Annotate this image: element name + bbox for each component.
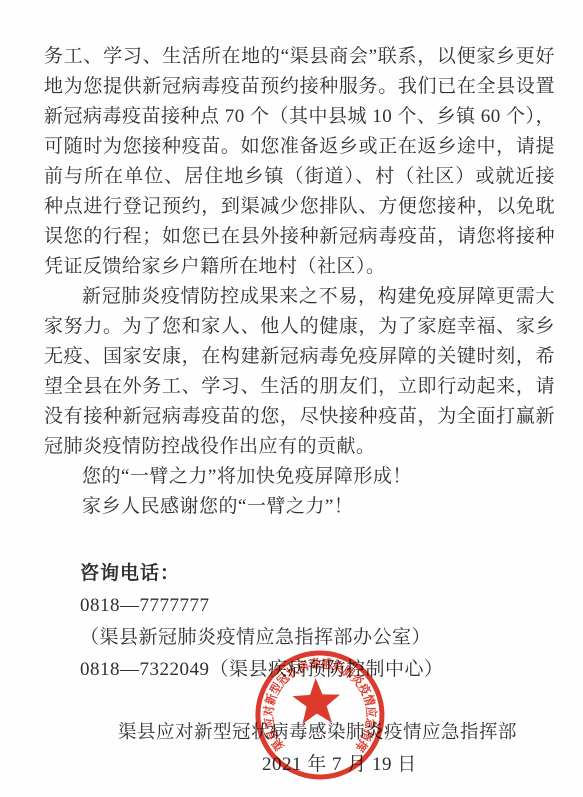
slogan-line-1: 您的“一臂之力”将加快免疫屏障形成！ [44,462,555,492]
document-page: 务工、学习、生活所在地的“渠县商会”联系，以便家乡更好地为您提供新冠病毒疫苗预约… [0,0,583,797]
phone-number-1: 0818—7777777 [80,595,210,616]
paragraph-appeal: 新冠肺炎疫情防控成果来之不易，构建免疫屏障更需大家努力。为了您和家人、他人的健康… [44,282,555,462]
contact-heading: 咨询电话： [80,558,555,590]
official-seal-stamp: 渠县应对新型冠状病毒感染肺炎疫情应急指挥部 [250,647,391,788]
phone-line-1: 0818—7777777（渠县新冠肺炎疫情应急指挥部办公室） [80,590,555,654]
phone-number-2: 0818—7322049 [80,659,210,680]
slogan-line-2: 家乡人民感谢您的“一臂之力”！ [44,492,555,522]
paragraph-continuation: 务工、学习、生活所在地的“渠县商会”联系，以便家乡更好地为您提供新冠病毒疫苗预约… [44,42,555,282]
phone-org-1: （渠县新冠肺炎疫情应急指挥部办公室） [80,627,431,648]
letter-body: 务工、学习、生活所在地的“渠县商会”联系，以便家乡更好地为您提供新冠病毒疫苗预约… [44,42,555,522]
seal-star-icon [292,677,341,724]
